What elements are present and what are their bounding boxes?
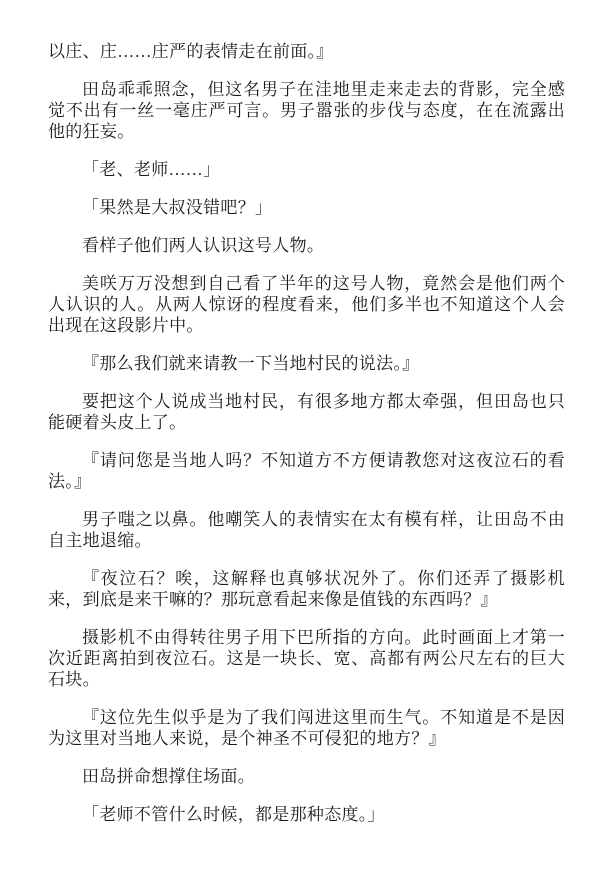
page-content: 以庄、庄……庄严的表情走在前面。』田岛乖乖照念，但这名男子在洼地里走来走去的背影… — [48, 41, 565, 825]
paragraph: 『请问您是当地人吗？不知道方不方便请教您对这夜泣石的看法。』 — [48, 450, 565, 492]
paragraph: 田岛乖乖照念，但这名男子在洼地里走来走去的背影，完全感觉不出有一丝一毫庄严可言。… — [48, 79, 565, 142]
paragraph: 要把这个人说成当地村民，有很多地方都太牵强，但田岛也只能硬着头皮上了。 — [48, 391, 565, 433]
paragraph: 田岛拼命想撑住场面。 — [48, 766, 565, 787]
paragraph: 『那么我们就来请教一下当地村民的说法。』 — [48, 353, 565, 374]
paragraph: 男子嗤之以鼻。他嘲笑人的表情实在太有模有样，让田岛不由自主地退缩。 — [48, 509, 565, 551]
paragraph: 以庄、庄……庄严的表情走在前面。』 — [48, 41, 565, 62]
paragraph: 「老师不管什么时候，都是那种态度。」 — [48, 804, 565, 825]
paragraph: 摄影机不由得转往男子用下巴所指的方向。此时画面上才第一次近距离拍到夜泣石。这是一… — [48, 627, 565, 690]
paragraph: 「老、老师……」 — [48, 159, 565, 180]
book-page: 以庄、庄……庄严的表情走在前面。』田岛乖乖照念，但这名男子在洼地里走来走去的背影… — [0, 0, 613, 869]
paragraph: 看样子他们两人认识这号人物。 — [48, 235, 565, 256]
paragraph: 美咲万万没想到自己看了半年的这号人物，竟然会是他们两个人认识的人。从两人惊讶的程… — [48, 273, 565, 336]
paragraph: 『这位先生似乎是为了我们闯进这里而生气。不知道是不是因为这里对当地人来说，是个神… — [48, 707, 565, 749]
paragraph: 『夜泣石？唉，这解释也真够状况外了。你们还弄了摄影机来，到底是来干嘛的？那玩意看… — [48, 568, 565, 610]
paragraph: 「果然是大叔没错吧？」 — [48, 197, 565, 218]
